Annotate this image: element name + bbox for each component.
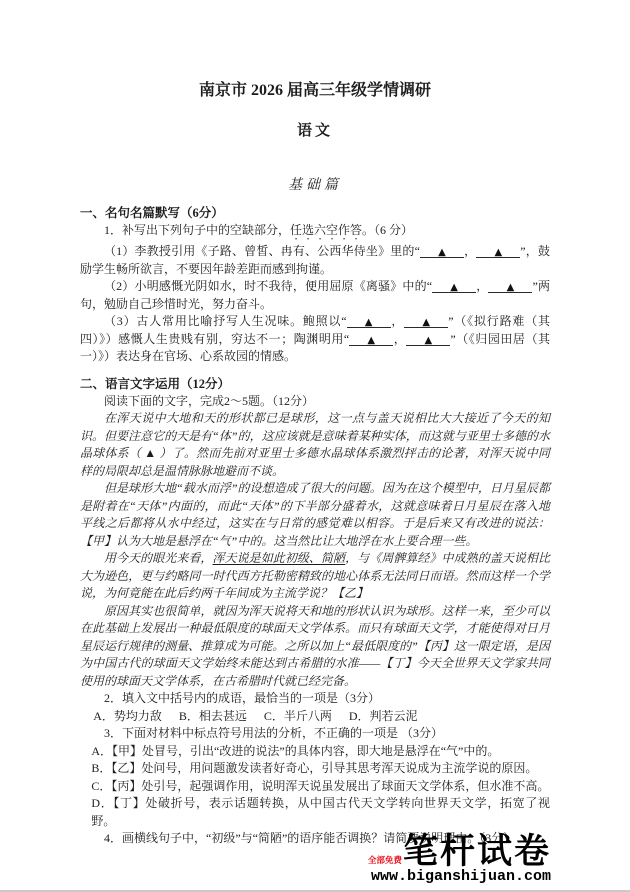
passage-paragraph: 原因其实也很简单，就因为浑天说将天和地的形状认识为球形。这样一来，至少可以在此基… <box>80 603 550 691</box>
triangle-marker: ▲ <box>424 335 432 346</box>
triangle-marker: ▲ <box>450 282 458 293</box>
passage-paragraph: 用今天的眼光来看，浑天说是如此初级、简陋，与《周髀算经》中成熟的盖天说相比大为逊… <box>80 550 550 603</box>
answer-blank: ▲ <box>432 280 476 293</box>
watermark-brand-row: 全部免费 笔杆试卷 <box>368 836 551 868</box>
exam-paper-page: 南京市 2026 届高三年级学情调研 语文 基础篇 一、名句名篇默写（6分） 1… <box>0 0 630 892</box>
text-segment: ， <box>476 279 488 293</box>
fill-blank-item: （3）古人常用比喻抒写人生况味。鲍照以“▲，▲”（《拟行路难（其四）》）感慨人生… <box>80 313 550 366</box>
text-segment: （1）李教授引用《子路、曾皙、冉有、公西华侍坐》里的“ <box>104 244 420 258</box>
answer-blank: ▲ <box>476 245 520 258</box>
section1-heading: 一、名句名篇默写（6分） <box>80 204 550 222</box>
text-segment: （2）小明感慨光阴如水，时不我待，便用屈原《离骚》中的“ <box>104 279 432 293</box>
passage-intro: 阅读下面的文字，完成2～5题。（12分） <box>80 393 550 411</box>
question3-option: C．【丙】处引号，起强调作用，说明浑天说虽发展出了球面天文学体系，但水准不高。 <box>80 778 550 796</box>
text-segment: （3）古人常用比喻抒写人生况味。鲍照以“ <box>104 314 347 328</box>
question2-label: 2．填入文中括号内的成语，最恰当的一项是（3分） <box>80 690 550 708</box>
triangle-marker: ▲ <box>438 247 446 258</box>
watermark: 全部免费 笔杆试卷 www.biganshijuan.com <box>368 836 551 885</box>
watermark-free-badge: 全部免费 <box>368 857 402 866</box>
answer-blank: ▲ <box>404 315 448 328</box>
question2-option: D．判若云泥 <box>349 709 418 723</box>
text-segment: 用今天的眼光来看， <box>104 551 213 565</box>
passage-paragraph: 但是球形大地“载水而浮”的设想造成了很大的问题。因为在这个模型中，日月星辰都是附… <box>80 480 550 550</box>
triangle-marker: ▲ <box>365 317 373 328</box>
question2-option: B．相去甚远 <box>179 709 247 723</box>
subject-title: 语文 <box>80 121 550 141</box>
question3-option: D．【丁】处破折号，表示话题转换，从中国古代天文学转向世界天文学，拓宽了视野。 <box>80 795 550 830</box>
question3-option: B．【乙】处问号，用问题激发读者好奇心，引导其思考浑天说成为主流学说的原因。 <box>80 760 550 778</box>
fill-blank-item: （1）李教授引用《子路、曾皙、冉有、公西华侍坐》里的“▲，▲”，鼓励学生畅所欲言… <box>80 243 550 278</box>
text-segment: 在浑天说中大地和天的形状都已是球形，这一点与盖天说相比大大接近了今天的知识。但要… <box>80 411 550 478</box>
section2-heading: 二、语言文字运用（12分） <box>80 375 550 393</box>
answer-blank: ▲ <box>488 280 532 293</box>
triangle-marker: ▲ <box>494 247 502 258</box>
triangle-marker: ▲ <box>367 335 375 346</box>
watermark-url: www.biganshijuan.com <box>371 868 551 885</box>
text-segment: 。（6 分） <box>362 223 413 237</box>
exam-title: 南京市 2026 届高三年级学情调研 <box>80 80 550 102</box>
question3-options: A．【甲】处冒号，引出“改进的说法”的具体内容，即大地是悬浮在“气”中的。B．【… <box>80 743 550 831</box>
question2-option: A．势均力敌 <box>93 709 162 723</box>
question2-options: A．势均力敌B．相去甚远C．半斤八两D．判若云泥 <box>80 708 550 726</box>
reading-passage: 在浑天说中大地和天的形状都已是球形，这一点与盖天说相比大大接近了今天的知识。但要… <box>80 410 550 690</box>
question3-label: 3．下面对材料中标点符号用法的分析，不正确的一项是 （3分） <box>80 725 550 743</box>
question2-option: C．半斤八两 <box>264 709 332 723</box>
answer-blank: ▲ <box>347 315 391 328</box>
part-header: 基础篇 <box>80 177 550 195</box>
document-body: 南京市 2026 届高三年级学情调研 语文 基础篇 一、名句名篇默写（6分） 1… <box>0 0 630 848</box>
triangle-marker: ▲ <box>507 282 515 293</box>
question3-option: A．【甲】处冒号，引出“改进的说法”的具体内容，即大地是悬浮在“气”中的。 <box>80 743 550 761</box>
text-segment: ， <box>393 332 406 346</box>
answer-blank: ▲ <box>349 333 393 346</box>
triangle-marker: ▲ <box>422 317 430 328</box>
answer-blank: ▲ <box>406 333 450 346</box>
text-segment: 但是球形大地“载水而浮”的设想造成了很大的问题。因为在这个模型中，日月星辰都是附… <box>80 481 550 548</box>
fill-blank-item: （2）小明感慨光阴如水，时不我待，便用屈原《离骚》中的“▲，▲”两句，勉励自己珍… <box>80 278 550 313</box>
text-segment: 原因其实也很简单，就因为浑天说将天和地的形状认识为球形。这样一来，至少可以在此基… <box>80 604 550 688</box>
question1-intro: 1．补写出下列句子中的空缺部分，任选六空作答。（6 分） <box>80 222 550 243</box>
emphasized-text: 任选六空作答 <box>290 223 362 237</box>
watermark-brand-text: 笔杆试卷 <box>403 836 551 868</box>
question1-items: （1）李教授引用《子路、曾皙、冉有、公西华侍坐》里的“▲，▲”，鼓励学生畅所欲言… <box>80 243 550 366</box>
text-segment: 1．补写出下列句子中的空缺部分， <box>104 223 290 237</box>
answer-blank: ▲ <box>420 245 464 258</box>
underlined-text: 浑天说是如此初级、简陋 <box>213 551 346 565</box>
text-segment: ， <box>391 314 405 328</box>
text-segment: ， <box>464 244 476 258</box>
passage-paragraph: 在浑天说中大地和天的形状都已是球形，这一点与盖天说相比大大接近了今天的知识。但要… <box>80 410 550 480</box>
